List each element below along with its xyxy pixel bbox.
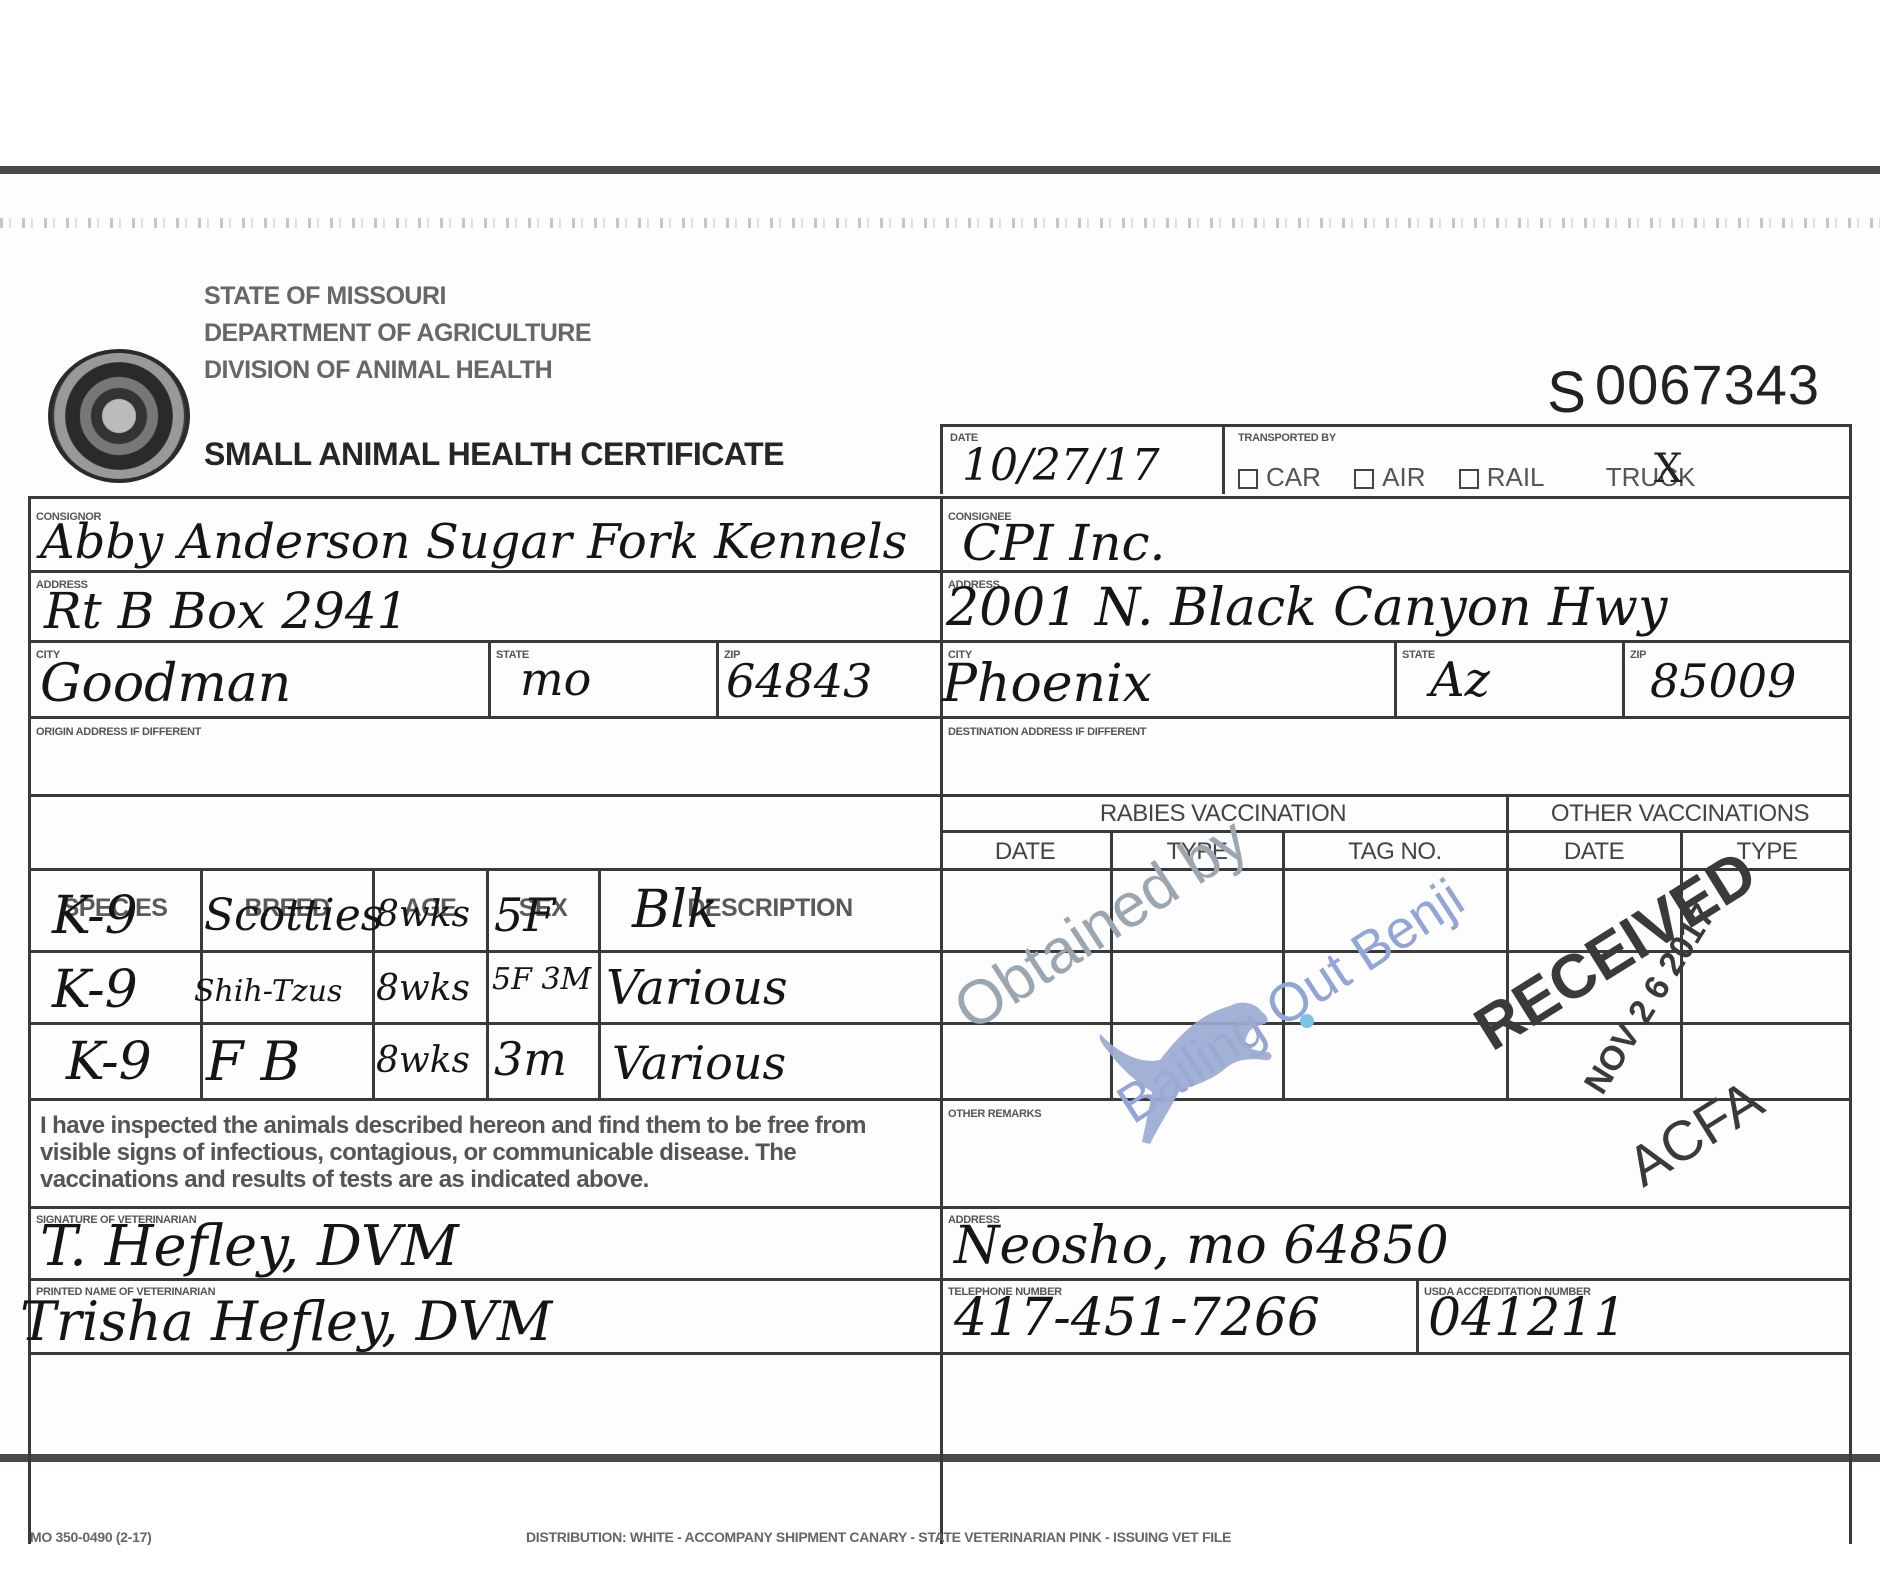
consignor-state[interactable]: mo <box>520 652 591 706</box>
date-value[interactable]: 10/27/17 <box>962 440 1160 491</box>
checkbox-car[interactable] <box>1238 469 1258 489</box>
certification-statement: I have inspected the animals described h… <box>40 1112 940 1193</box>
agency-division: DIVISION OF ANIMAL HEALTH <box>204 356 552 385</box>
row1-breed[interactable]: Scotties <box>204 890 383 941</box>
consignor-city[interactable]: Goodman <box>40 654 291 714</box>
state-seal-icon <box>48 349 190 483</box>
serial-digits: 0067343 <box>1595 353 1820 416</box>
received-stamp-agency: ACFA <box>1616 1066 1774 1199</box>
row3-breed[interactable]: F B <box>206 1030 300 1093</box>
transport-label: TRANSPORTED BY <box>1238 432 1336 444</box>
other-vaccinations-title: OTHER VACCINATIONS <box>1508 800 1852 828</box>
origin-address-label: ORIGIN ADDRESS IF DIFFERENT <box>36 726 201 738</box>
jumping-dog-icon <box>1090 994 1290 1154</box>
row1-species[interactable]: K-9 <box>52 886 138 946</box>
transport-rail[interactable]: RAIL <box>1459 462 1545 492</box>
vet-printed-name[interactable]: Trisha Hefley, DVM <box>20 1290 552 1353</box>
serial-number: S0067343 <box>1547 352 1820 426</box>
consignee-zip-label: ZIP <box>1630 649 1646 661</box>
checkbox-rail[interactable] <box>1459 469 1479 489</box>
consignor-zip[interactable]: 64843 <box>726 654 872 708</box>
transport-air[interactable]: AIR <box>1354 462 1425 492</box>
other-col-date: DATE <box>1508 838 1680 866</box>
rabies-col-date: DATE <box>940 838 1110 866</box>
truck-check-mark-icon: X <box>1654 446 1682 492</box>
transport-options: CAR AIR RAIL TRUCK <box>1238 462 1721 493</box>
vet-signature[interactable]: T. Hefley, DVM <box>40 1214 459 1279</box>
consignor-address[interactable]: Rt B Box 2941 <box>44 582 408 640</box>
consignee-city[interactable]: Phoenix <box>942 654 1152 714</box>
scan-artifact <box>0 218 1880 228</box>
row3-sex[interactable]: 3m <box>494 1032 567 1086</box>
destination-address-label: DESTINATION ADDRESS IF DIFFERENT <box>948 726 1146 738</box>
row2-description[interactable]: Various <box>606 960 788 1016</box>
row1-sex[interactable]: 5F <box>494 888 555 942</box>
row3-description[interactable]: Various <box>612 1036 786 1090</box>
checkbox-truck[interactable] <box>1578 469 1598 489</box>
consignee-state[interactable]: Az <box>1430 652 1490 708</box>
distribution-note: DISTRIBUTION: WHITE - ACCOMPANY SHIPMENT… <box>526 1529 1231 1545</box>
row2-age[interactable]: 8wks <box>376 968 470 1009</box>
row2-sex[interactable]: 5F 3M <box>492 966 592 994</box>
form-number: MO 350-0490 (2-17) <box>30 1529 151 1545</box>
consignee-name[interactable]: CPI Inc. <box>962 514 1165 572</box>
other-remarks-label: OTHER REMARKS <box>948 1108 1041 1120</box>
consignor-name[interactable]: Abby Anderson Sugar Fork Kennels <box>40 514 907 570</box>
checkbox-air[interactable] <box>1354 469 1374 489</box>
usda-number[interactable]: 041211 <box>1428 1288 1627 1348</box>
row3-age[interactable]: 8wks <box>376 1040 470 1081</box>
agency-state: STATE OF MISSOURI <box>204 282 446 311</box>
row3-species[interactable]: K-9 <box>66 1032 152 1092</box>
consignee-zip[interactable]: 85009 <box>1650 654 1796 708</box>
row1-age[interactable]: 8wks <box>376 894 470 935</box>
agency-department: DEPARTMENT OF AGRICULTURE <box>204 319 591 348</box>
certificate-title: SMALL ANIMAL HEALTH CERTIFICATE <box>204 436 784 473</box>
vet-address[interactable]: Neosho, mo 64850 <box>954 1216 1449 1276</box>
consignee-address[interactable]: 2001 N. Black Canyon Hwy <box>946 578 1667 638</box>
row2-breed[interactable]: Shih-Tzus <box>194 974 342 1009</box>
serial-prefix: S <box>1547 360 1587 425</box>
vet-phone[interactable]: 417-451-7266 <box>954 1288 1320 1348</box>
watermark-dot-icon <box>1300 1014 1314 1028</box>
certificate-page: STATE OF MISSOURI DEPARTMENT OF AGRICULT… <box>0 166 1880 1462</box>
rabies-col-tag: TAG NO. <box>1284 838 1506 866</box>
transport-car[interactable]: CAR <box>1238 462 1321 492</box>
row1-description[interactable]: Blk <box>632 880 718 940</box>
row2-species[interactable]: K-9 <box>52 960 138 1020</box>
